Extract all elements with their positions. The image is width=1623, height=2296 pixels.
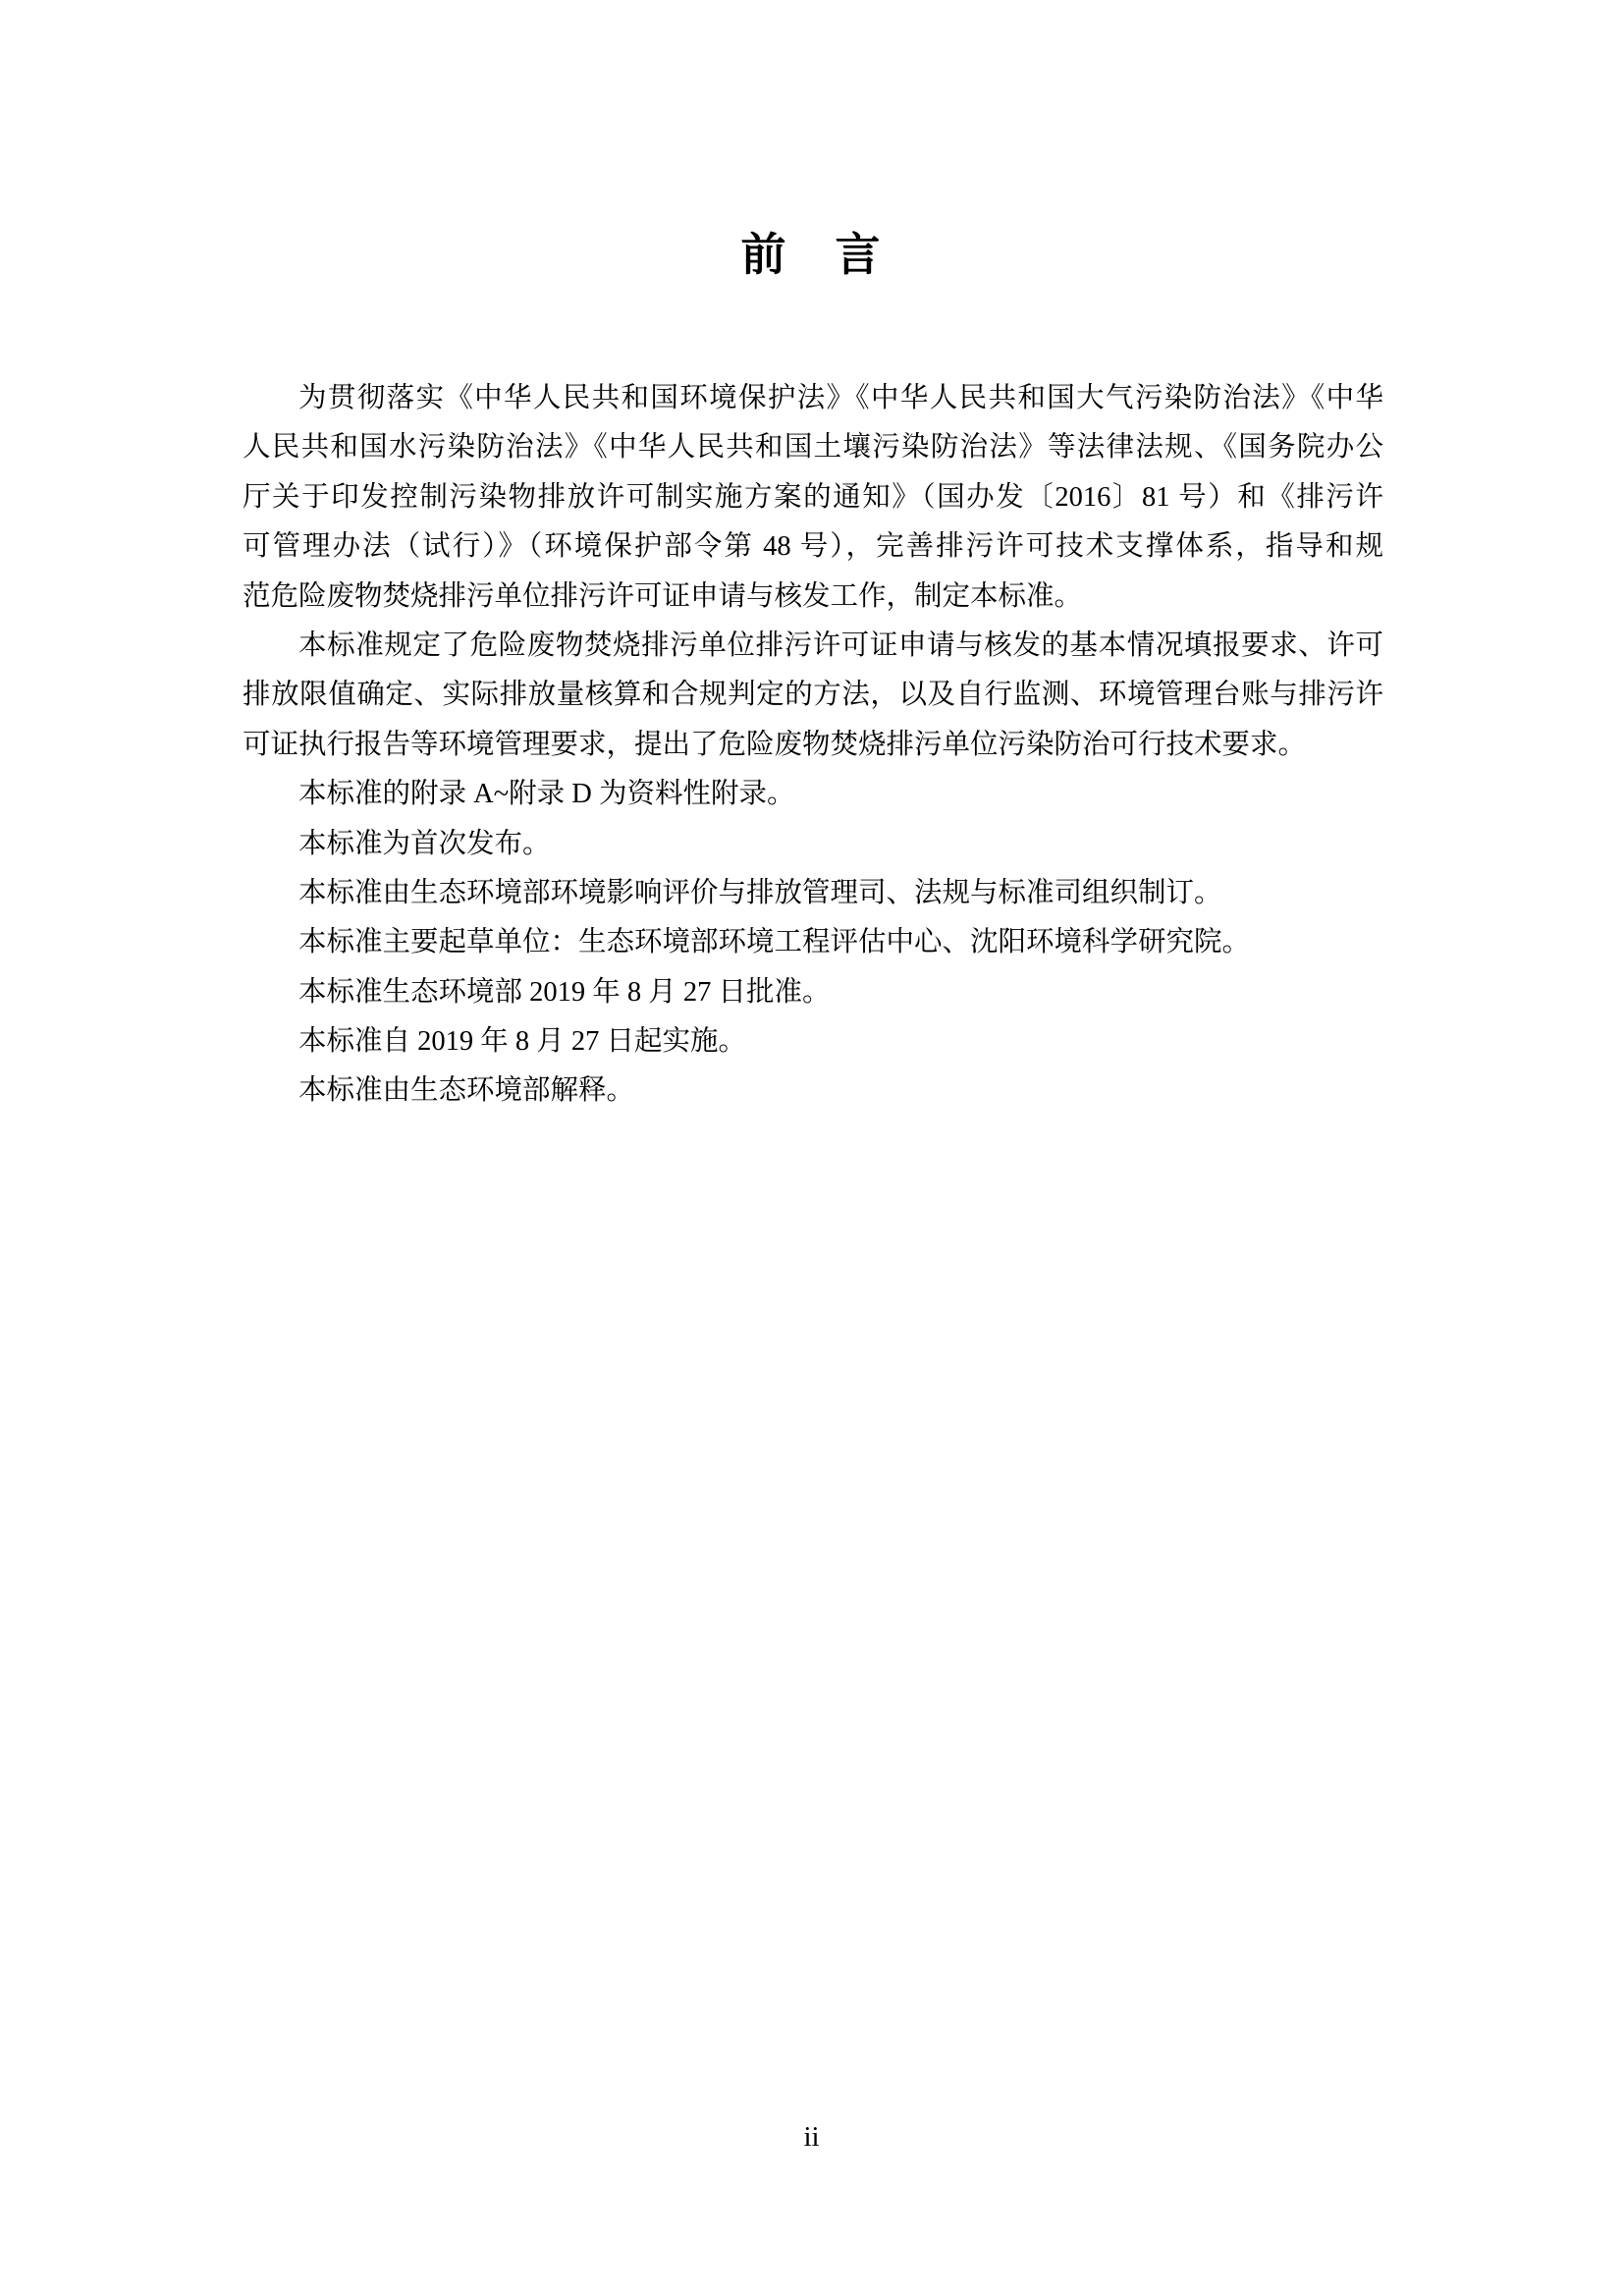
text-line: 本标准生态环境部 2019 年 8 月 27 日批准。: [243, 968, 1383, 1017]
text-line: 本标准的附录 A~附录 D 为资料性附录。: [243, 770, 1383, 819]
page-title: 前 言: [0, 227, 1623, 282]
text-line: 人民共和国水污染防治法》《中华人民共和国土壤污染防治法》等法律法规、《国务院办公: [243, 423, 1383, 472]
text-line: 本标准主要起草单位：生态环境部环境工程评估中心、沈阳环境科学研究院。: [243, 918, 1383, 967]
text-line: 本标准自 2019 年 8 月 27 日起实施。: [243, 1017, 1383, 1066]
text-line: 本标准为首次发布。: [243, 820, 1383, 869]
document-body: 为贯彻落实《中华人民共和国环境保护法》《中华人民共和国大气污染防治法》《中华人民…: [243, 374, 1383, 1117]
text-line: 可管理办法（试行）》（环境保护部令第 48 号），完善排污许可技术支撑体系，指导…: [243, 522, 1383, 572]
text-line: 厅关于印发控制污染物排放许可制实施方案的通知》（国办发〔2016〕81 号）和《…: [243, 473, 1383, 522]
text-line: 本标准规定了危险废物焚烧排污单位排污许可证申请与核发的基本情况填报要求、许可: [243, 622, 1383, 671]
text-line: 本标准由生态环境部环境影响评价与排放管理司、法规与标准司组织制订。: [243, 869, 1383, 918]
page-number: ii: [0, 2117, 1623, 2157]
text-line: 范危险废物焚烧排污单位排污许可证申请与核发工作，制定本标准。: [243, 573, 1383, 622]
text-line: 可证执行报告等环境管理要求，提出了危险废物焚烧排污单位污染防治可行技术要求。: [243, 721, 1383, 770]
text-line: 本标准由生态环境部解释。: [243, 1066, 1383, 1116]
document-page: 前 言 为贯彻落实《中华人民共和国环境保护法》《中华人民共和国大气污染防治法》《…: [0, 0, 1623, 2296]
text-line: 排放限值确定、实际排放量核算和合规判定的方法，以及自行监测、环境管理台账与排污许: [243, 671, 1383, 720]
text-line: 为贯彻落实《中华人民共和国环境保护法》《中华人民共和国大气污染防治法》《中华: [243, 374, 1383, 423]
